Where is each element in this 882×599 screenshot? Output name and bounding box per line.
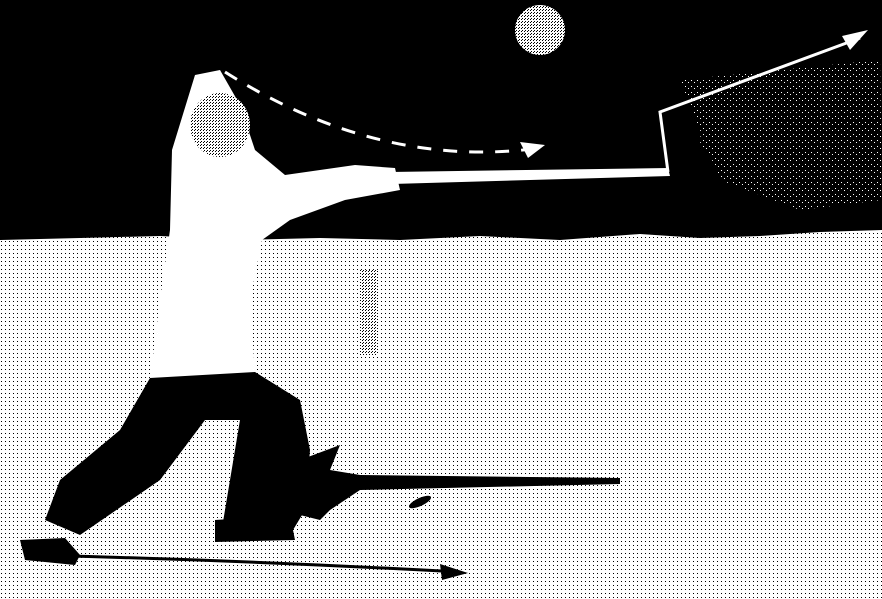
foliage-highlight (700, 110, 820, 170)
foliage-highlight (515, 5, 565, 55)
halftone-photograph (0, 0, 882, 599)
ground-post (360, 270, 378, 355)
person-head (190, 93, 250, 157)
